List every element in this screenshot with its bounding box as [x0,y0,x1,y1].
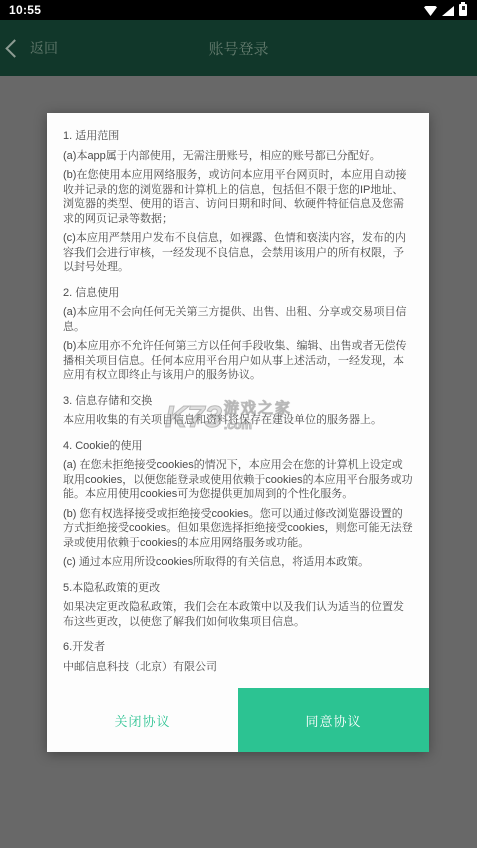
policy-heading: 5.本隐私政策的更改 [63,581,413,596]
agree-agreement-button[interactable]: 同意协议 [238,688,429,752]
policy-paragraph: (c)本应用严禁用户发布不良信息，如裸露、色情和亵渎内容，发布的内容我们会进行审… [63,231,413,275]
policy-paragraph: (a)本应用不会向任何无关第三方提供、出售、出租、分享或交易项目信息。 [63,305,413,334]
policy-paragraph: 中邮信息科技（北京）有限公司 [63,660,413,675]
policy-paragraph: (b)在您使用本应用网络服务，或访问本应用平台网页时，本应用自动接收并记录的您的… [63,168,413,226]
policy-heading: 6.开发者 [63,640,413,655]
back-button[interactable]: 返回 [8,38,58,58]
dialog-footer: 关闭协议 同意协议 [47,688,429,752]
policy-text-area: 1. 适用范围 (a)本app属于内部使用，无需注册账号，相应的账号都已分配好。… [47,113,429,688]
policy-heading: 3. 信息存储和交换 [63,394,413,409]
policy-paragraph: (a)本app属于内部使用，无需注册账号，相应的账号都已分配好。 [63,149,413,164]
policy-paragraph: (b)本应用亦不允许任何第三方以任何手段收集、编辑、出售或者无偿传播相关项目信息… [63,339,413,383]
back-button-label: 返回 [30,38,58,58]
policy-paragraph: 本应用收集的有关项目信息和资料将保存在建设单位的服务器上。 [63,413,413,428]
page-title: 账号登录 [0,38,477,59]
policy-heading: 4. Cookie的使用 [63,439,413,454]
close-agreement-button[interactable]: 关闭协议 [47,688,238,752]
policy-paragraph: (c) 通过本应用所设cookies所取得的有关信息，将适用本政策。 [63,555,413,570]
policy-paragraph: (a) 在您未拒绝接受cookies的情况下，本应用会在您的计算机上设定或取用c… [63,458,413,502]
wifi-icon [424,6,437,16]
policy-heading: 1. 适用范围 [63,129,413,144]
privacy-policy-dialog: 1. 适用范围 (a)本app属于内部使用，无需注册账号，相应的账号都已分配好。… [47,113,429,752]
policy-paragraph: 如果决定更改隐私政策，我们会在本政策中以及我们认为适当的位置发布这些更改，以使您… [63,600,413,629]
battery-icon [459,4,467,16]
chevron-left-icon [5,39,23,57]
policy-paragraph: (b) 您有权选择接受或拒绝接受cookies。您可以通过修改浏览器设置的方式拒… [63,507,413,551]
app-header: 返回 账号登录 [0,20,477,76]
status-bar: 10:55 [0,0,477,20]
signal-icon [442,6,454,16]
policy-heading: 2. 信息使用 [63,286,413,301]
status-time: 10:55 [9,3,41,17]
